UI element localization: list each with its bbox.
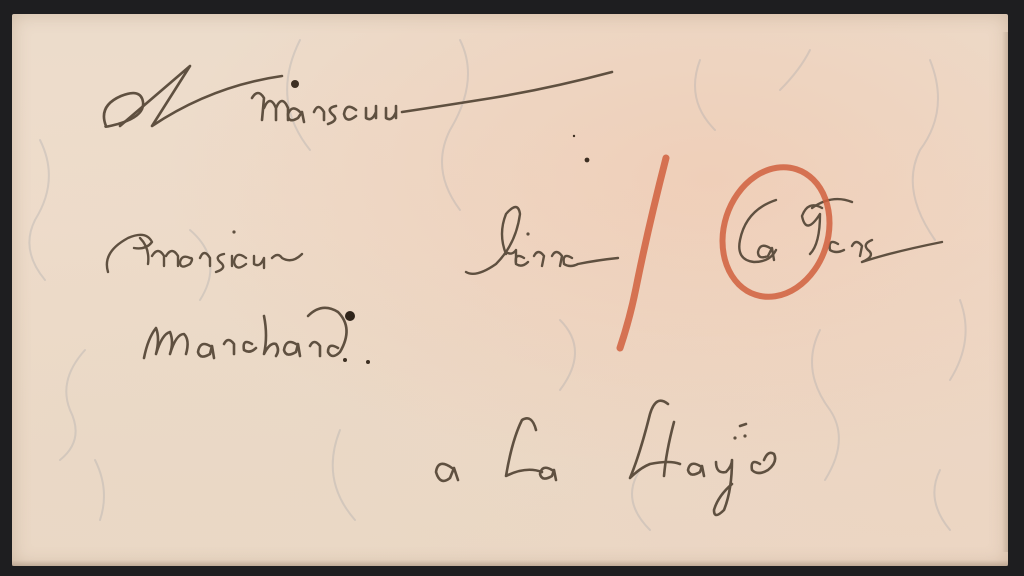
address-line-1: A Monsieur [100,78,217,102]
address-line-4: a La Haÿe [430,438,532,462]
address-line-3: marchand [140,322,242,346]
photo-scene: A Monsieur Monsieur Pierre Calders march… [0,0,1024,576]
paper-fold-edge [1002,32,1008,552]
address-line-2: Monsieur Pierre Calders [100,228,350,252]
postal-rate-value: 10 [612,220,637,244]
paper-bottom-edge [12,560,1008,566]
